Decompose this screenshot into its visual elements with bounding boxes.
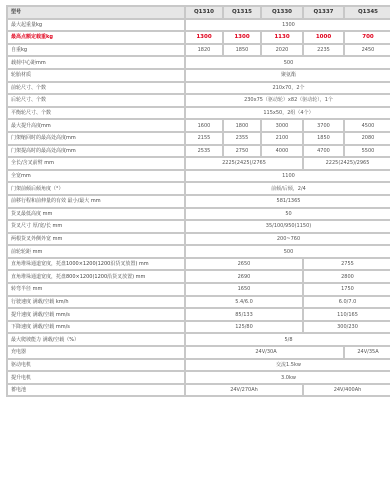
row-value: 125/80: [186, 322, 302, 333]
row-label: 门架缩回时的最高处高度mm: [8, 133, 184, 144]
row-value: 3000: [262, 120, 302, 131]
row-value: 700: [345, 32, 390, 43]
row-label: 前轮尺寸、个数: [8, 83, 184, 94]
row-label: 前轮轮距 mm: [8, 246, 184, 257]
row-value: 300/230: [304, 322, 390, 333]
header-model-q1345: Q1345: [345, 7, 390, 18]
row-label: 最大爬坡能力 满载/空载（%）: [8, 334, 184, 345]
header-model-q1315: Q1315: [224, 7, 260, 18]
row-value: 1600: [186, 120, 222, 131]
row-label: 最大起重量kg: [8, 20, 184, 31]
table-row: 前轮尺寸、个数 210x70，2个: [8, 83, 390, 94]
row-value: 210x70，2个: [186, 83, 390, 94]
row-label: 行驶速度 满载/空载 km/h: [8, 297, 184, 308]
table-row: 门架前倾后倾角度（°） 前倾/后倾，2/4: [8, 183, 390, 194]
row-value: 2535: [186, 146, 222, 157]
table-row: 提升电机 3.0kw: [8, 372, 390, 383]
row-value: 4000: [262, 146, 302, 157]
row-label: 全长/含叉前臂 mm: [8, 158, 184, 169]
row-label: 两根货叉外侧外宽 mm: [8, 234, 184, 245]
table-row: 驱动电机 交流1.5kw: [8, 360, 390, 371]
table-row: 平衡轮尺寸、个数 115x50，2组（4个）: [8, 108, 390, 119]
row-label: 提升电机: [8, 372, 184, 383]
row-value: 3.0kw: [186, 372, 390, 383]
row-value: 581/1365: [186, 196, 390, 207]
row-value: 2225(2425)/2765: [186, 158, 302, 169]
table-row: 自重kg 1820 1850 2020 2235 2450: [8, 45, 390, 56]
row-value: 1300: [224, 32, 260, 43]
row-value: 2155: [186, 133, 222, 144]
table-row: 充电器 24V/30A 24V/35A: [8, 347, 390, 358]
row-label: 轮胎材质: [8, 70, 184, 81]
row-label: 最大提升高度mm: [8, 120, 184, 131]
row-value: 2080: [345, 133, 390, 144]
row-label: 后轮尺寸、个数: [8, 95, 184, 106]
table-row: 行驶速度 满载/空载 km/h 5.4/6.0 6.0/7.0: [8, 297, 390, 308]
table-row: 轮胎材质 聚氨酯: [8, 70, 390, 81]
row-label: 门架提高时的最高处高度mm: [8, 146, 184, 157]
table-row: 货叉尺寸 厚/宽/长 mm 35/100/950(1150): [8, 221, 390, 232]
row-value: 2355: [224, 133, 260, 144]
row-value: 500: [186, 57, 390, 68]
row-value: 1820: [186, 45, 222, 56]
row-value: 2750: [224, 146, 260, 157]
row-label: 前移行程和前伸量的有效 最小/最大 mm: [8, 196, 184, 207]
row-label: 直角堆垛通道宽度，托盘800×1200(1200沿货叉放置) mm: [8, 271, 184, 282]
row-value: 5/8: [186, 334, 390, 345]
row-label: 门架前倾后倾角度（°）: [8, 183, 184, 194]
table-row: 下降速度 满载/空载 mm/s 125/80 300/230: [8, 322, 390, 333]
row-value: 1750: [304, 284, 390, 295]
table-row: 直角堆垛通道宽度，托盘1000×1200(1200沿货叉放置) mm 2650 …: [8, 259, 390, 270]
row-value: 200~760: [186, 234, 390, 245]
row-value: 35/100/950(1150): [186, 221, 390, 232]
header-model-q1330: Q1330: [262, 7, 302, 18]
row-label: 平衡轮尺寸、个数: [8, 108, 184, 119]
header-model-label: 型号: [8, 7, 184, 18]
row-value: 1800: [224, 120, 260, 131]
row-value: 1850: [304, 133, 343, 144]
row-value: 230x75（驱动轮）x82（驱动轮），1个: [186, 95, 390, 106]
table-row: 两根货叉外侧外宽 mm 200~760: [8, 234, 390, 245]
forklift-spec-table: 型号 Q1310 Q1315 Q1330 Q1337 Q1345 最大起重量kg…: [6, 5, 390, 397]
table-row: 货叉最低高度 mm 50: [8, 209, 390, 220]
row-value: 24V/400Ah: [304, 385, 390, 396]
row-label: 驱动电机: [8, 360, 184, 371]
row-value: 5500: [345, 146, 390, 157]
row-value: 1100: [186, 171, 390, 182]
row-label: 货叉尺寸 厚/宽/长 mm: [8, 221, 184, 232]
row-value: 2020: [262, 45, 302, 56]
table-row-highlight: 最高点额定载重kg 1300 1300 1130 1000 700: [8, 32, 390, 43]
row-label: 自重kg: [8, 45, 184, 56]
row-value: 50: [186, 209, 390, 220]
row-label: 转弯半径 mm: [8, 284, 184, 295]
row-label: 直角堆垛通道宽度，托盘1000×1200(1200沿货叉放置) mm: [8, 259, 184, 270]
row-value: 2800: [304, 271, 390, 282]
row-value: 24V/30A: [186, 347, 343, 358]
row-value: 5.4/6.0: [186, 297, 302, 308]
row-value: 2450: [345, 45, 390, 56]
table-row: 全宽mm 1100: [8, 171, 390, 182]
table-row: 最大提升高度mm 1600 1800 3000 3700 4500: [8, 120, 390, 131]
row-value: 2690: [186, 271, 302, 282]
row-value: 85/133: [186, 309, 302, 320]
row-value: 1850: [224, 45, 260, 56]
row-value: 500: [186, 246, 390, 257]
row-value: 110/165: [304, 309, 390, 320]
table-row: 提升速度 满载/空载 mm/s 85/133 110/165: [8, 309, 390, 320]
row-value: 1650: [186, 284, 302, 295]
row-label: 下降速度 满载/空载 mm/s: [8, 322, 184, 333]
table-row: 后轮尺寸、个数 230x75（驱动轮）x82（驱动轮），1个: [8, 95, 390, 106]
table-row: 门架提高时的最高处高度mm 2535 2750 4000 4700 5500: [8, 146, 390, 157]
table-row: 全长/含叉前臂 mm 2225(2425)/2765 2225(2425)/29…: [8, 158, 390, 169]
row-value: 聚氨酯: [186, 70, 390, 81]
row-label: 载荷中心距mm: [8, 57, 184, 68]
table-row: 前移行程和前伸量的有效 最小/最大 mm 581/1365: [8, 196, 390, 207]
header-model-q1310: Q1310: [186, 7, 222, 18]
row-label: 货叉最低高度 mm: [8, 209, 184, 220]
row-value: 交流1.5kw: [186, 360, 390, 371]
row-value: 4500: [345, 120, 390, 131]
spec-table-container: 型号 Q1310 Q1315 Q1330 Q1337 Q1345 最大起重量kg…: [6, 5, 385, 397]
row-label: 提升速度 满载/空载 mm/s: [8, 309, 184, 320]
row-value: 24V/35A: [345, 347, 390, 358]
row-label: 蓄电池: [8, 385, 184, 396]
row-label: 最高点额定载重kg: [8, 32, 184, 43]
row-value-text: 24V/30A: [189, 347, 343, 357]
table-row: 门架缩回时的最高处高度mm 2155 2355 2100 1850 2080: [8, 133, 390, 144]
row-value: 1000: [304, 32, 343, 43]
table-row: 最大爬坡能力 满载/空载（%） 5/8: [8, 334, 390, 345]
row-value: 6.0/7.0: [304, 297, 390, 308]
row-value: 115x50，2组（4个）: [186, 108, 390, 119]
table-row: 载荷中心距mm 500: [8, 57, 390, 68]
table-row: 前轮轮距 mm 500: [8, 246, 390, 257]
table-row: 最大起重量kg 1300: [8, 20, 390, 31]
row-value: 2100: [262, 133, 302, 144]
header-model-q1337: Q1337: [304, 7, 343, 18]
row-value: 前倾/后倾，2/4: [186, 183, 390, 194]
row-value: 2235: [304, 45, 343, 56]
row-value: 2650: [186, 259, 302, 270]
row-label: 全宽mm: [8, 171, 184, 182]
row-value: 1130: [262, 32, 302, 43]
table-header-row: 型号 Q1310 Q1315 Q1330 Q1337 Q1345: [8, 7, 390, 18]
row-value: 2225(2425)/2965: [304, 158, 390, 169]
table-row: 蓄电池 24V/270Ah 24V/400Ah: [8, 385, 390, 396]
row-value: 3700: [304, 120, 343, 131]
row-value: 24V/270Ah: [186, 385, 302, 396]
table-row: 转弯半径 mm 1650 1750: [8, 284, 390, 295]
table-row: 直角堆垛通道宽度，托盘800×1200(1200沿货叉放置) mm 2690 2…: [8, 271, 390, 282]
row-value: 2755: [304, 259, 390, 270]
row-label: 充电器: [8, 347, 184, 358]
row-value: 4700: [304, 146, 343, 157]
row-value: 1300: [186, 20, 390, 31]
row-value: 1300: [186, 32, 222, 43]
